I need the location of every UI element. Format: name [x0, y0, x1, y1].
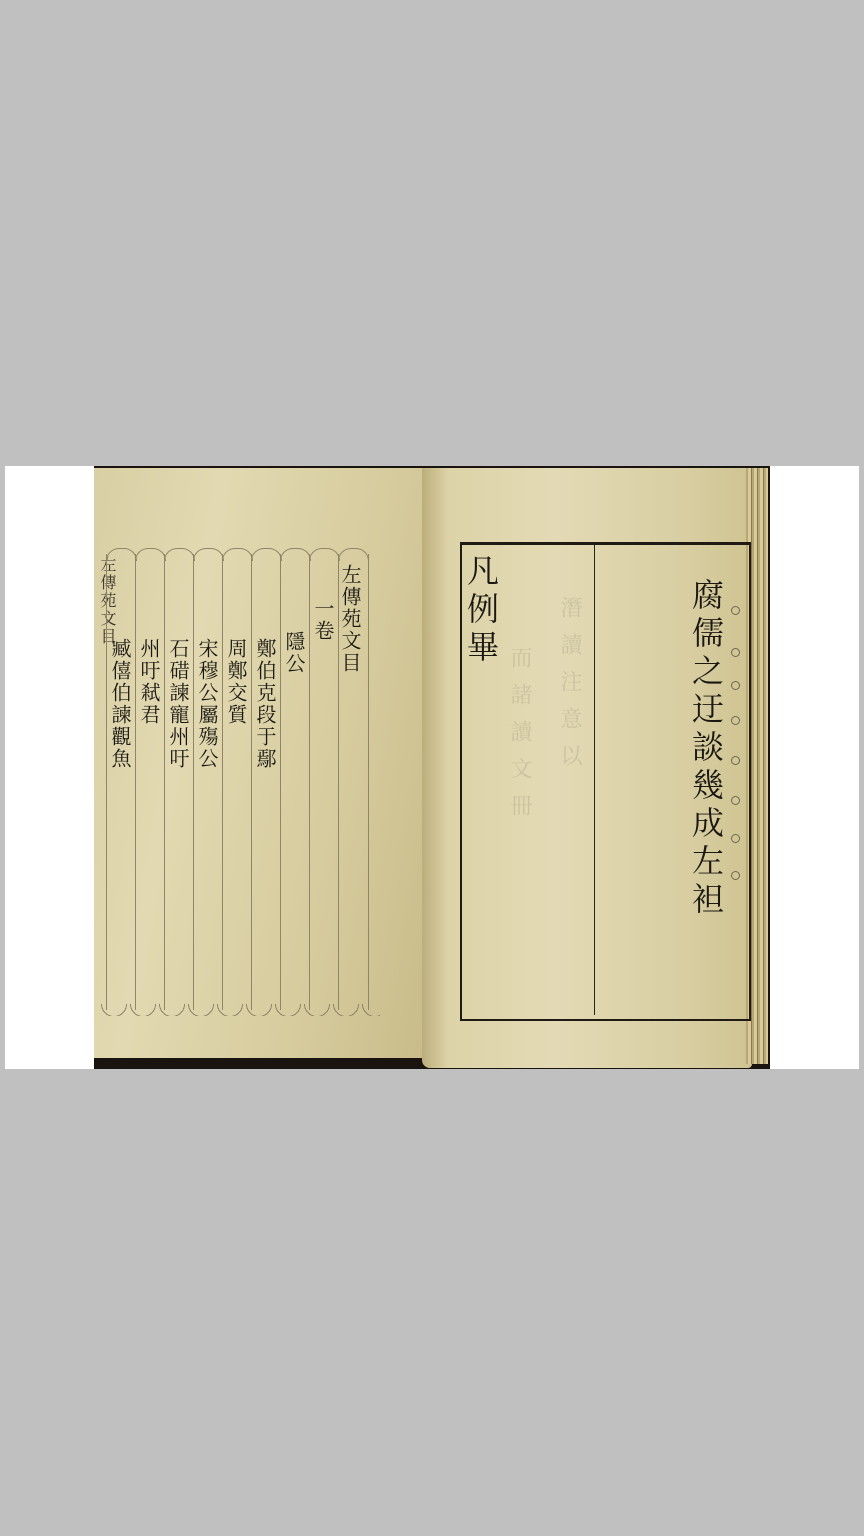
- column-rule: [106, 554, 136, 1010]
- book-scan-image[interactable]: 左傳苑文目 左傳苑文目 一卷 隱公 鄭伯克段于鄢 周鄭交質 宋穆公屬殤公 石碏諫…: [94, 466, 770, 1069]
- scalloped-border: [100, 1004, 380, 1016]
- main-text-column: 腐儒之迂談幾成左袒: [690, 578, 722, 920]
- toc-entry: 臧僖伯諫觀魚: [110, 638, 130, 770]
- left-page: 左傳苑文目 左傳苑文目 一卷 隱公 鄭伯克段于鄢 周鄭交質 宋穆公屬殤公 石碏諫…: [94, 468, 424, 1058]
- heading-fanli-end: 凡例畢: [465, 554, 497, 668]
- punctuation-circle: [731, 681, 740, 690]
- toc-entry: 石碏諫寵州吁: [168, 638, 188, 770]
- column-rule: [164, 554, 194, 1010]
- toc-entry: 宋穆公屬殤公: [197, 638, 217, 770]
- punctuation-circle: [731, 716, 740, 725]
- column-rule: [280, 554, 310, 1010]
- section-label: 隱公: [284, 631, 304, 675]
- punctuation-circle: [731, 648, 740, 657]
- toc-entry: 州吁弒君: [139, 638, 159, 726]
- punctuation-circle: [731, 871, 740, 880]
- column-rule: [135, 554, 165, 1010]
- volume-label: 一卷: [313, 598, 333, 642]
- punctuation-circle: [731, 756, 740, 765]
- column-rule: [193, 554, 223, 1010]
- punctuation-circle: [731, 606, 740, 615]
- toc-entry: 周鄭交質: [226, 638, 246, 726]
- column-rule: [251, 554, 281, 1010]
- punctuation-circle: [731, 834, 740, 843]
- toc-title: 左傳苑文目: [340, 564, 360, 674]
- punctuation-circle: [731, 796, 740, 805]
- column-rule: [222, 554, 252, 1010]
- column-divider: [594, 545, 595, 1015]
- toc-entry: 鄭伯克段于鄢: [255, 638, 275, 770]
